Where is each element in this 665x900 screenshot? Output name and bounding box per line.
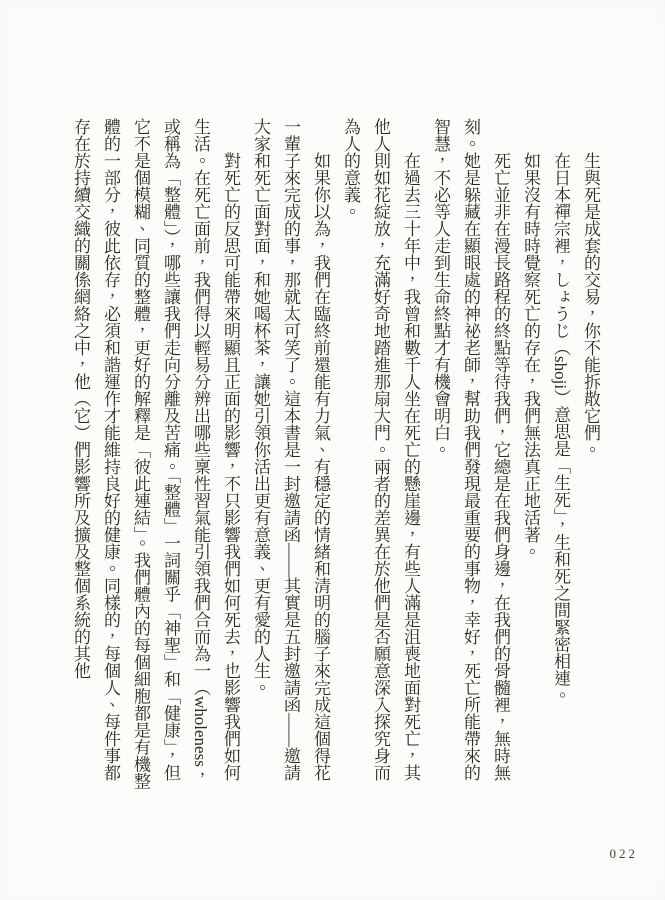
paragraph-6: 如果你以為，我們在臨終前還能有力氣、有穩定的情緒和清明的腦子來完成這個得花一輩子…: [245, 118, 335, 790]
paragraph-5: 在過去三十年中，我曾和數千人坐在死亡的懸崖邊，有些人滿是沮喪地面對死亡，其他人則…: [335, 118, 425, 790]
page-number: 022: [610, 846, 639, 862]
paragraph-1: 生與死是成套的交易，你不能拆散它們。: [575, 118, 605, 790]
paragraph-2: 在日本禪宗裡，しょうじ（shoji）意思是「生死」，生和死之間緊密相連。: [545, 118, 575, 790]
paragraph-4: 死亡並非在漫長路程的終點等待我們，它總是在我們身邊，在我們的骨髓裡，無時無刻。她…: [425, 118, 515, 790]
body-text: 生與死是成套的交易，你不能拆散它們。在日本禪宗裡，しょうじ（shoji）意思是「…: [65, 118, 605, 790]
paragraph-7: 對死亡的反思可能帶來明顯且正面的影響，不只影響我們如何死去，也影響我們如何生活。…: [65, 118, 245, 790]
paragraph-3: 如果沒有時時覺察死亡的存在，我們無法真正地活著。: [515, 118, 545, 790]
book-page: 生與死是成套的交易，你不能拆散它們。在日本禪宗裡，しょうじ（shoji）意思是「…: [0, 0, 665, 900]
